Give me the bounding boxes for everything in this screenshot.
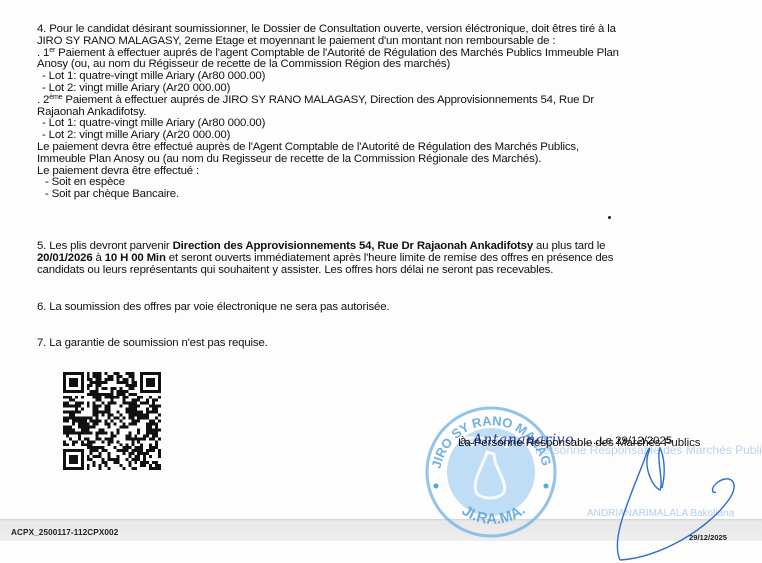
section-5-submission-deadline: 5. Les plis devront parvenir Direction d… bbox=[37, 241, 729, 276]
section-5-intro: 5. Les plis devront parvenir bbox=[37, 240, 173, 252]
scan-speck bbox=[608, 216, 611, 219]
payment-2-sup: ème bbox=[49, 94, 62, 101]
section-4-payment-terms: 4. Pour le candidat désirant soumissionn… bbox=[37, 24, 729, 201]
payment-2-prefix: . 2 bbox=[37, 94, 49, 106]
section-7-text: 7. La garantie de soumission n'est pas r… bbox=[37, 338, 729, 350]
section-6-text: 6. La soumission des offres par voie éle… bbox=[37, 302, 729, 314]
section-5-after-location: au plus tard le bbox=[533, 240, 605, 252]
submission-date: 20/01/2026 bbox=[37, 252, 93, 264]
section-5-at: à bbox=[93, 252, 105, 264]
section-6-electronic-submission: 6. La soumission des offres par voie éle… bbox=[37, 302, 729, 314]
payment-note-line-2: Immeuble Plan Anosy ou (au nom du Regiss… bbox=[37, 154, 729, 166]
payment-1-text: Paiement à effectuer auprés de l'agent C… bbox=[55, 47, 619, 59]
submission-location: Direction des Approvisionnements 54, Rue… bbox=[173, 240, 533, 252]
section-7-guarantee: 7. La garantie de soumission n'est pas r… bbox=[37, 338, 729, 350]
qr-code-icon bbox=[63, 372, 161, 470]
submission-time: 10 H 00 Min bbox=[105, 252, 166, 264]
section-5-line-2: 20/01/2026 à 10 H 00 Min et seront ouver… bbox=[37, 253, 729, 265]
payment-1-prefix: . 1 bbox=[37, 47, 49, 59]
payment-note-line-3: Le paiement devra être effectué : bbox=[37, 166, 729, 178]
signature-icon bbox=[590, 438, 762, 563]
payment-note-line-1: Le paiement devra être effectué auprès d… bbox=[37, 142, 729, 154]
document-reference: ACPX_2500117-112CPX002 bbox=[11, 528, 118, 537]
section-5-line-3: candidats ou leurs représentants qui sou… bbox=[37, 265, 729, 277]
document-page: 4. Pour le candidat désirant soumissionn… bbox=[0, 0, 762, 563]
jirama-stamp-icon: JIRO SY RANO MALAGASY JI.RA.MA. bbox=[424, 394, 559, 544]
payment-2-text: Paiement à effectuer auprés de JIRO SY R… bbox=[62, 94, 594, 106]
section-5-after-time: et seront ouverts immédiatement après l'… bbox=[166, 252, 613, 264]
payment-2-line: . 2ème Paiement à effectuer auprés de JI… bbox=[37, 95, 729, 107]
payment-method-cheque: - Soit par chèque Bancaire. bbox=[37, 189, 729, 201]
